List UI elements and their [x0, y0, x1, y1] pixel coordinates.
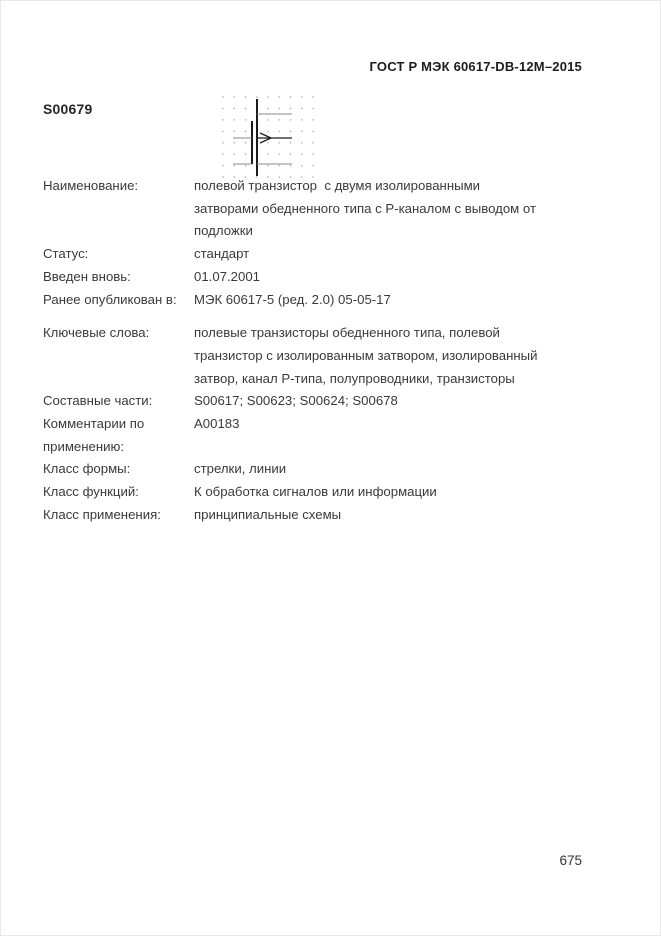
field-label: Статус:	[43, 243, 194, 266]
field-label: Класс применения:	[43, 504, 194, 527]
field-value: полевой транзистор с двумя изолированным…	[194, 175, 572, 243]
field-label: Класс функций:	[43, 481, 194, 504]
symbol-id: S00679	[43, 101, 92, 117]
field-value: принципиальные схемы	[194, 504, 572, 527]
field-value: A00183	[194, 413, 572, 436]
field-value: S00617; S00623; S00624; S00678	[194, 390, 572, 413]
field-row-previously-published: Ранее опубликован в: МЭК 60617-5 (ред. 2…	[43, 289, 573, 312]
field-row-name: Наименование: полевой транзистор с двумя…	[43, 175, 573, 243]
field-label: Комментарии по применению:	[43, 413, 194, 458]
field-label: Наименование:	[43, 175, 194, 198]
field-value: 01.07.2001	[194, 266, 572, 289]
field-row-application-comments: Комментарии по применению: A00183	[43, 413, 573, 458]
document-title: ГОСТ Р МЭК 60617-DB-12M–2015	[370, 59, 582, 74]
field-value: стрелки, линии	[194, 458, 572, 481]
field-label: Введен вновь:	[43, 266, 194, 289]
field-label: Ключевые слова:	[43, 322, 194, 345]
field-value: стандарт	[194, 243, 572, 266]
field-row-function-class: Класс функций: К обработка сигналов или …	[43, 481, 573, 504]
field-row-components: Составные части: S00617; S00623; S00624;…	[43, 390, 573, 413]
field-value: МЭК 60617-5 (ред. 2.0) 05-05-17	[194, 289, 572, 312]
field-row-keywords: Ключевые слова: полевые транзисторы обед…	[43, 322, 573, 390]
field-label: Ранее опубликован в:	[43, 289, 194, 312]
field-label: Составные части:	[43, 390, 194, 413]
field-value: К обработка сигналов или информации	[194, 481, 572, 504]
field-label: Класс формы:	[43, 458, 194, 481]
field-row-status: Статус: стандарт	[43, 243, 573, 266]
field-row-shape-class: Класс формы: стрелки, линии	[43, 458, 573, 481]
page-number: 675	[559, 853, 582, 868]
field-value: полевые транзисторы обедненного типа, по…	[194, 322, 572, 390]
fields-table: Наименование: полевой транзистор с двумя…	[43, 175, 573, 527]
document-page: ГОСТ Р МЭК 60617-DB-12M–2015 S00679 Наим…	[0, 0, 661, 936]
transistor-symbol-icon	[219, 93, 319, 183]
field-row-application-class: Класс применения: принципиальные схемы	[43, 504, 573, 527]
field-row-introduced: Введен вновь: 01.07.2001	[43, 266, 573, 289]
